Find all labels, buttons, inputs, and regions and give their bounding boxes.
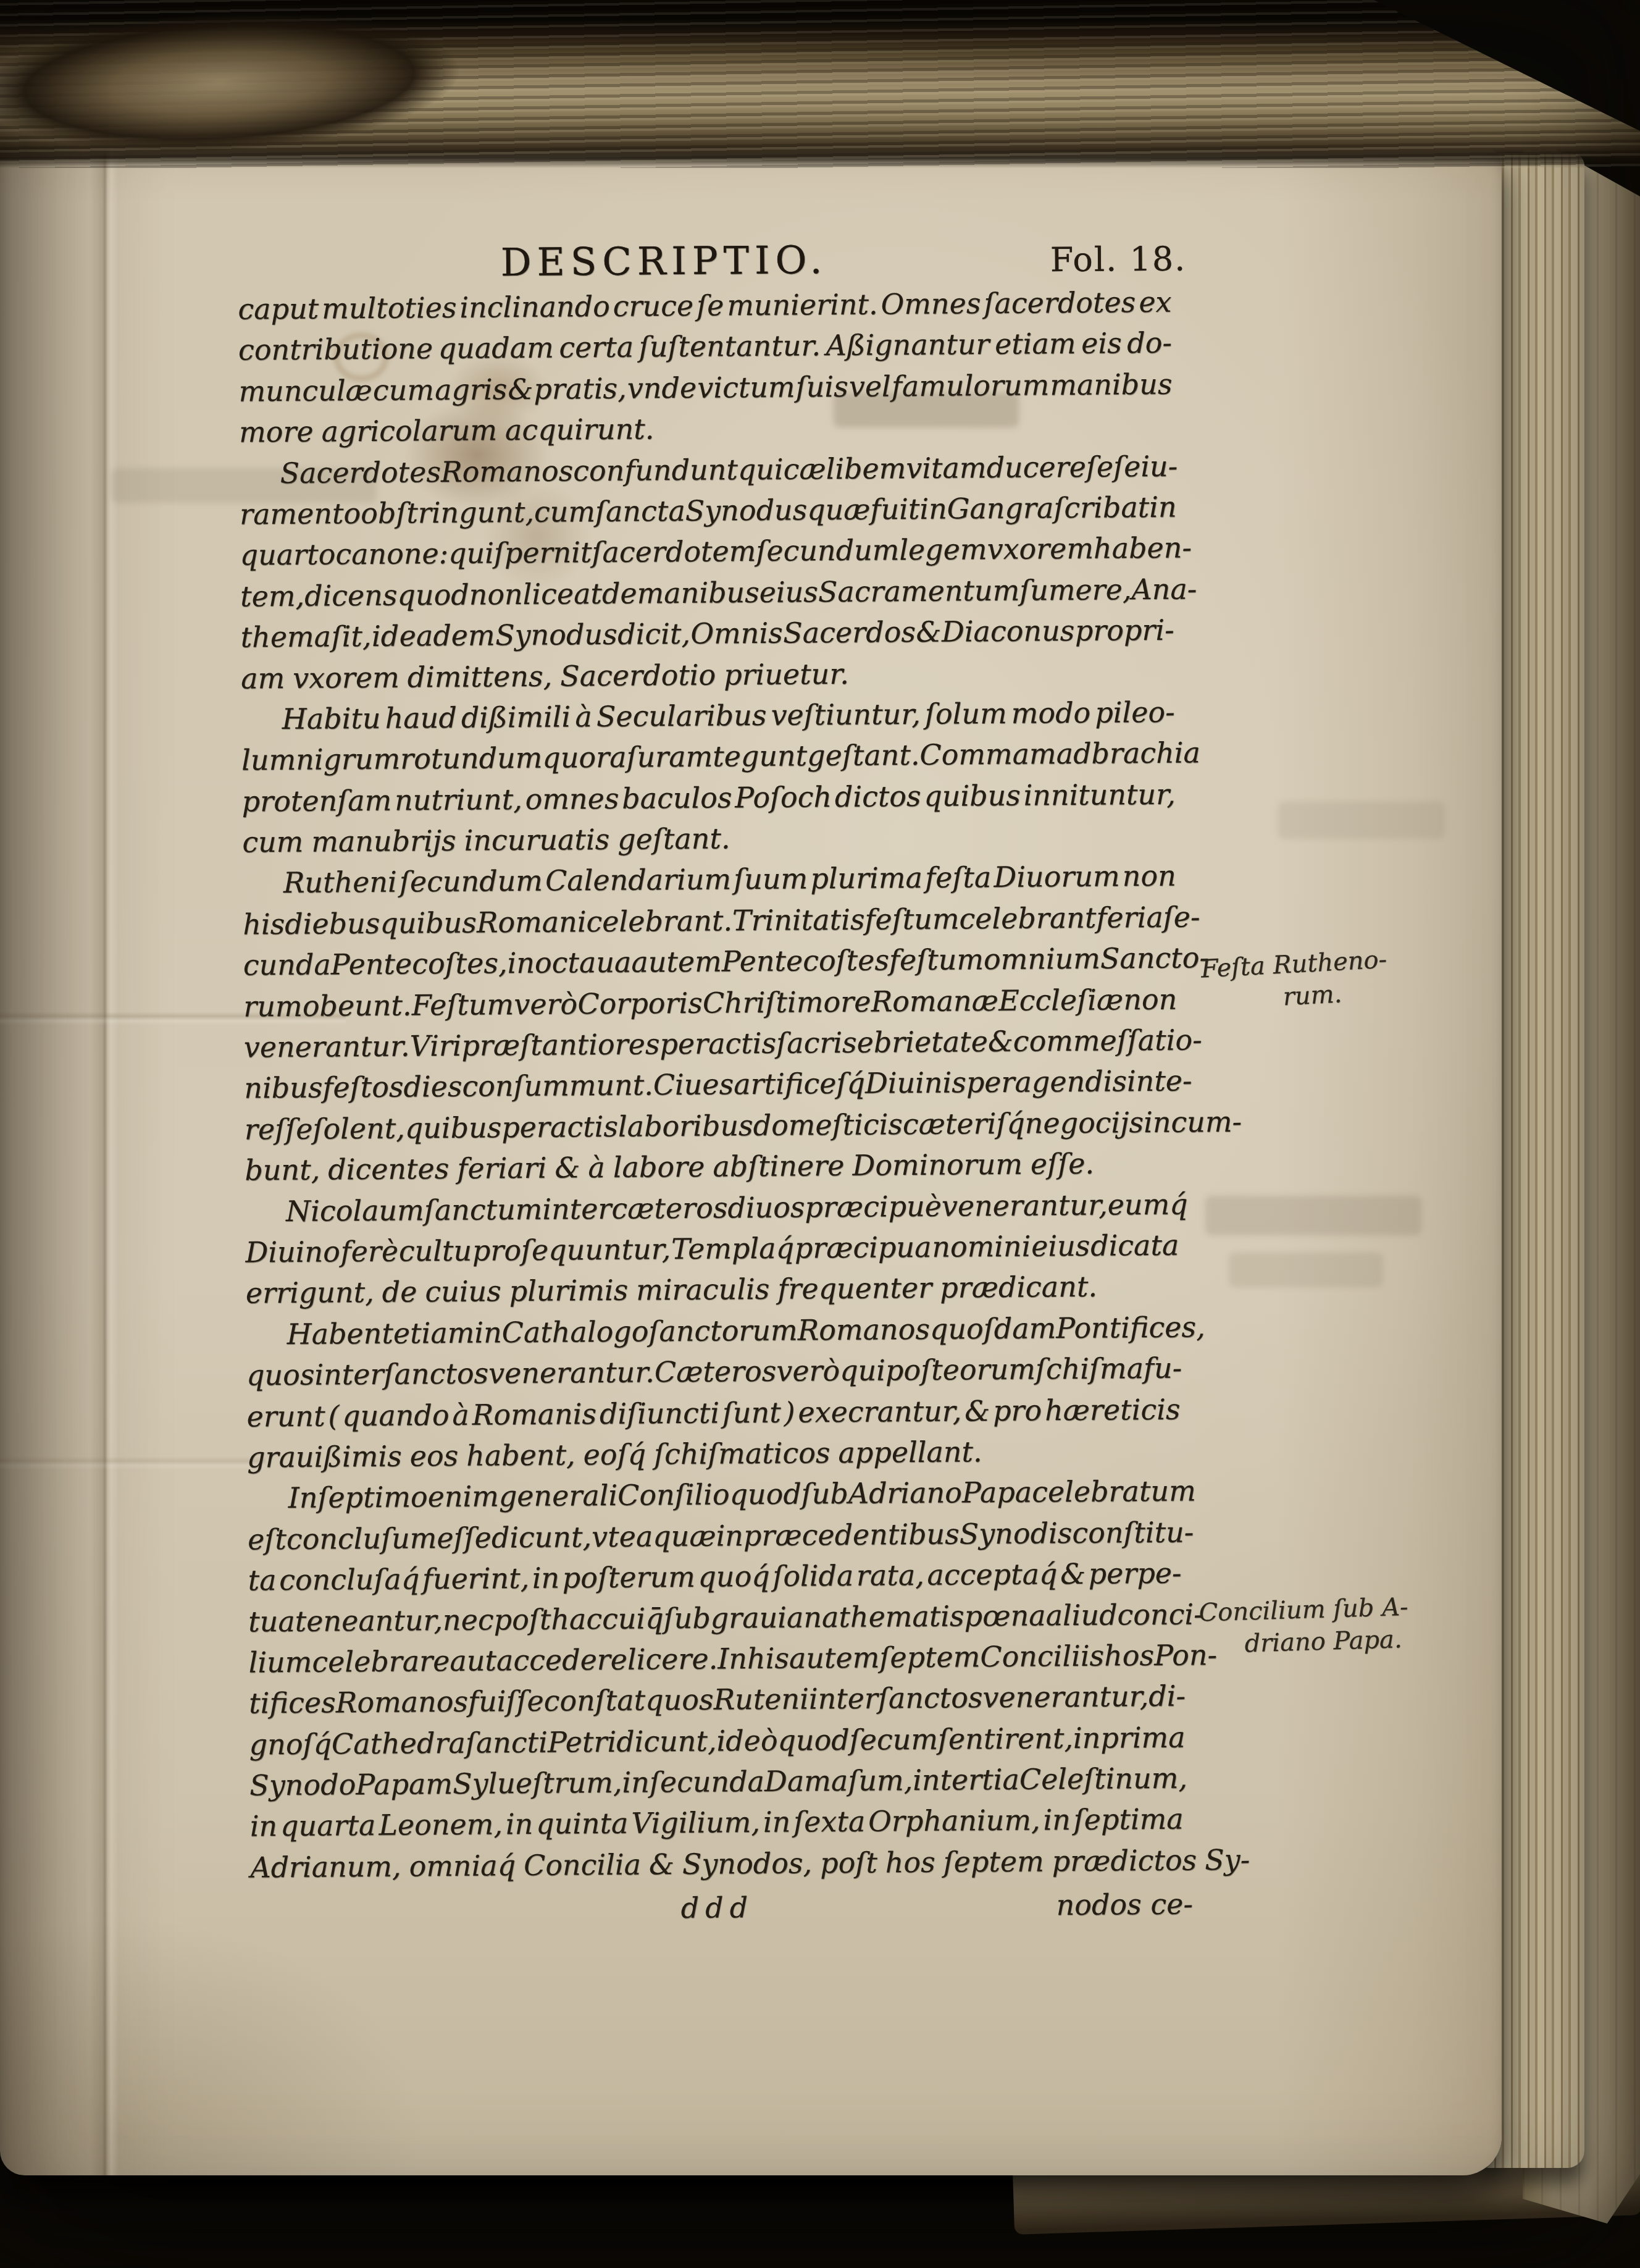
text-line: quartocanone:quiſpernitſacerdotemſecundu… [240,527,1173,576]
text-line: themaſit,ideademSynodusdicit,OmnisSacerd… [240,610,1174,658]
text-line: tificesRomanosfuiſſeconſtatquosRuteniint… [249,1676,1182,1724]
text-layer: DESCRIPTIO. Fol. 18. caputmultotiesincli… [0,141,1510,2181]
text-line: HabituhauddißimiliàSecularibusveſtiuntur… [241,692,1174,740]
text-line: protenſamnutriunt,omnesbaculosPoſochdict… [241,773,1175,821]
text-line: lumnigrumrotundumquoraſuramteguntgeſtant… [241,733,1175,781]
text-line: Adrianum,omniaq́Concilia&Synodos,poſthos… [250,1839,1184,1888]
text-line: bunt,dicentesferiari&àlaboreabſtinereDom… [245,1143,1178,1191]
text-block: caputmultotiesinclinandocruceſemunierint… [238,282,1184,1888]
catch-row: ddd nodos ce- [251,1884,1184,1933]
text-line: errigunt,decuiusplurimismiraculisfrequen… [246,1266,1179,1314]
folio-number: Fol. 18. [1050,240,1187,280]
text-line: ramentoobſtringunt,cumſanctaSynodusquæfu… [240,487,1173,535]
text-line: venerantur.Viripræſtantioresperactisſacr… [244,1020,1178,1068]
page: DESCRIPTIO. Fol. 18. caputmultotiesincli… [0,147,1502,2175]
text-line: RutheniſecundumCalendariumſuumplurimafeſ… [243,855,1176,904]
text-line: eſtconcluſumeſſedicunt,vteaquæinpræceden… [248,1511,1181,1560]
text-line: tuateneantur,necpoſthaccuiq̄ſubgrauianat… [248,1594,1182,1642]
text-line: reſſeſolent,quibusperactislaboribusdomeſ… [245,1101,1178,1149]
text-line: SacerdotesRomanosconfunduntquicælibemvit… [239,445,1173,493]
text-line: contributionequadamcertaſuſtentantur.Aßi… [238,322,1172,371]
text-line: liumcelebrareautaccederelicere.Inhisaute… [248,1635,1182,1683]
catchword: nodos ce- [1056,1884,1193,1926]
text-line: HabentetiaminCathalogoſanctorumRomanosqu… [246,1306,1179,1354]
text-line: Nicolaumſanctumintercæterosdiuospræcipuè… [245,1183,1179,1232]
text-line: moreagricolarumacquirunt. [239,405,1173,453]
text-line: rumobeunt.FeſtumveròCorporisChriſtimoreR… [243,978,1177,1027]
text-line: erunt(quandoàRomanisdiſiunctiſunt)execra… [246,1388,1180,1437]
text-line: quosinterſanctosvenerantur.Cæterosveròqu… [246,1348,1180,1396]
running-title: DESCRIPTIO. [501,237,828,285]
text-line: hisdiebusquibusRomanicelebrant.Trinitati… [243,897,1176,945]
margin-note-concilium-sub-adriano: Concilium ſub A-driano Papa. [1199,1590,1447,1661]
text-line: tem,dicensquodnonliceatdemanibuseiusSacr… [240,568,1174,616]
margin-note-festa-ruthenorum: Feſta Rutheno-rum. [1200,942,1423,1018]
text-line: munculæcumagris&pratis,vndevictumſuisvel… [238,363,1172,411]
text-line: gnoſq́CathedraſanctiPetridicunt,ideòquod… [249,1716,1182,1765]
text-line: nibusfeſtosdiesconſummunt.Ciuesartificeſ… [244,1060,1178,1109]
text-line: inquartaLeonem,inquintaVigilium,inſextaO… [250,1799,1184,1847]
text-line: cummanubrijsincuruatisgeſtant. [242,815,1176,863]
text-line: Diuinoferècultuproſequuntur,Templaq́præc… [245,1225,1179,1273]
signature-mark: ddd [680,1887,754,1929]
text-line: SynodoPapamSylueſtrum,inſecundaDamaſum,i… [249,1758,1183,1806]
text-line: cundaPentecoſtes,inoctauaautemPentecoſte… [243,938,1177,986]
text-line: caputmultotiesinclinandocruceſemunierint… [238,282,1171,330]
book-scan: DESCRIPTIO. Fol. 18. caputmultotiesincli… [0,0,1640,2268]
text-line: amvxoremdimittens,Sacerdotiopriuetur. [241,650,1174,699]
text-line: grauißimiseoshabent,eoſq́ſchiſmaticosapp… [247,1430,1181,1478]
text-line: taconcluſaq́fuerint,inpoſterumquoq́ſolid… [248,1553,1181,1601]
text-line: InſeptimoenimgeneraliConſilioquodſubAdri… [247,1471,1181,1519]
